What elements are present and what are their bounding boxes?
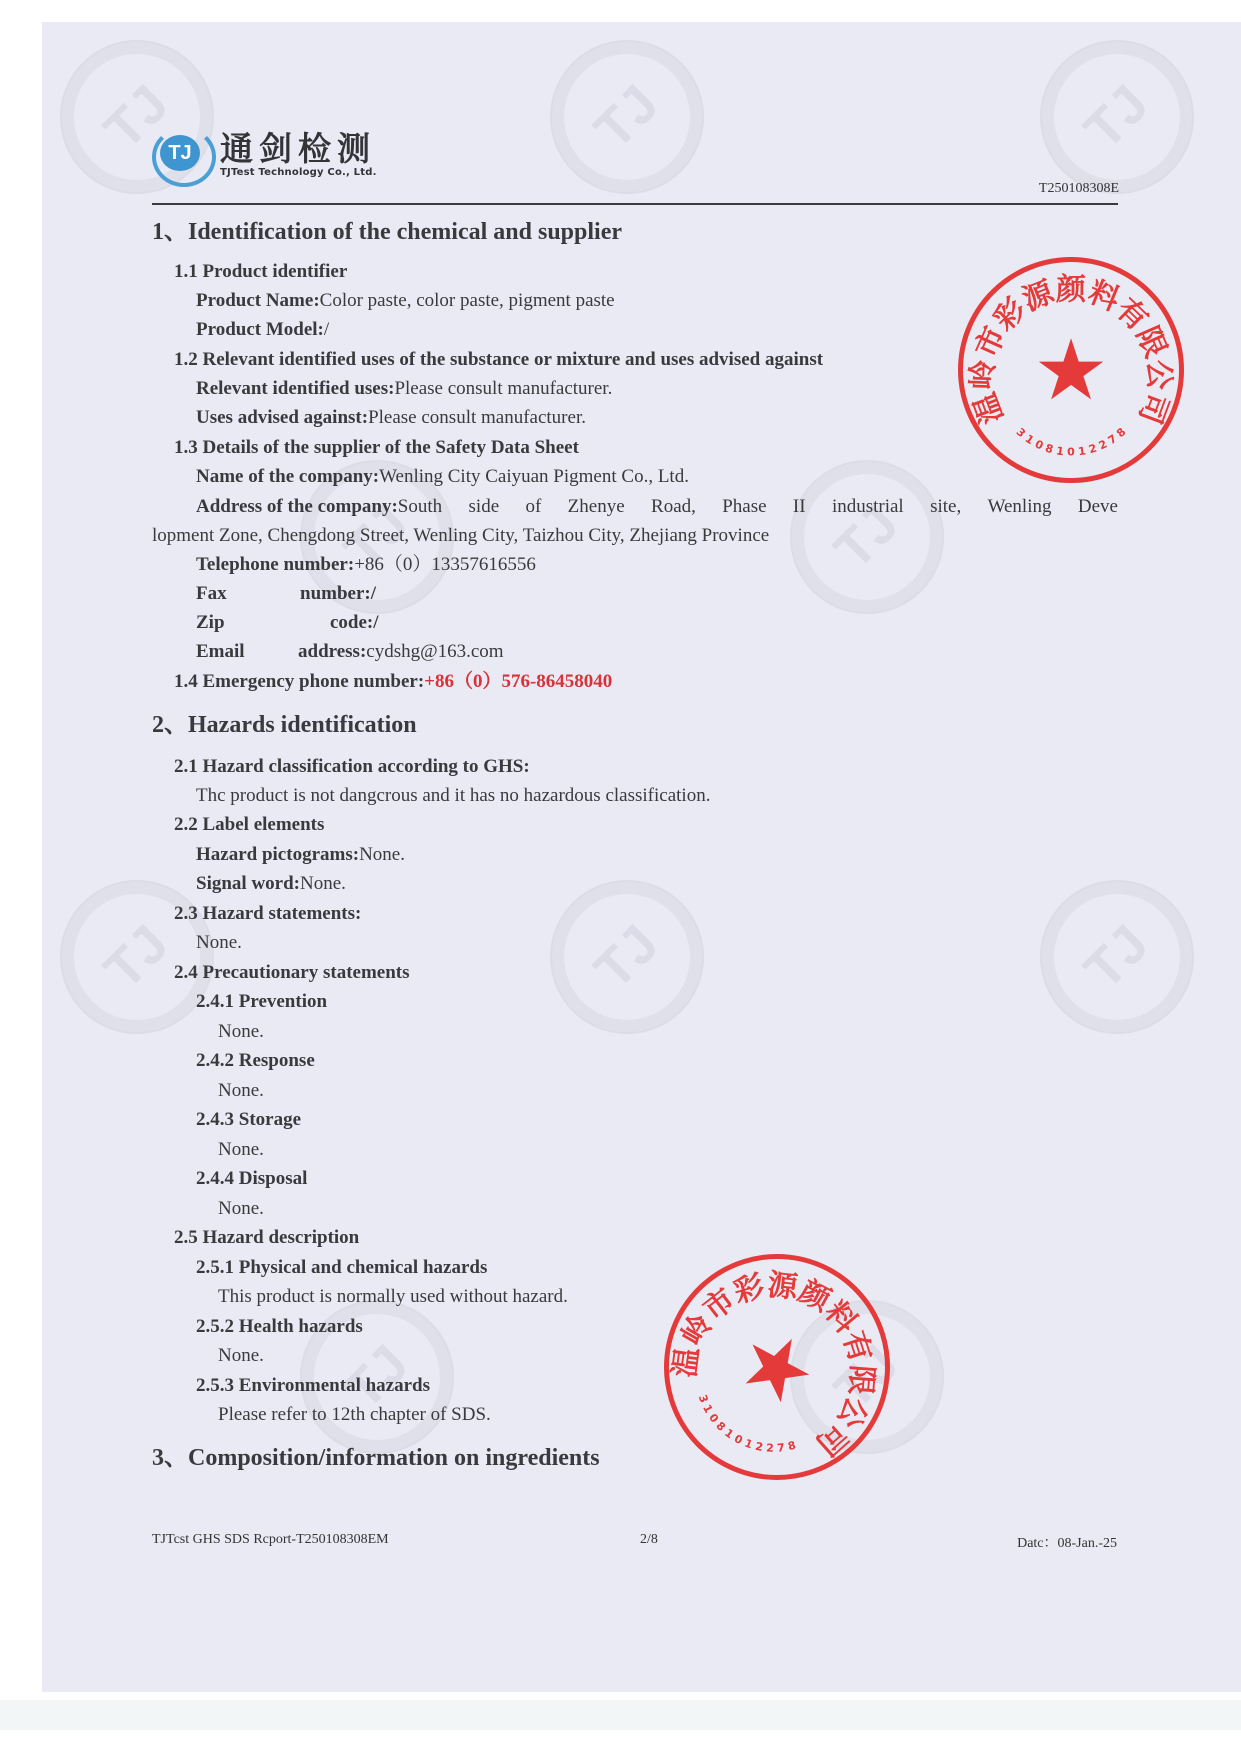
company-logo: TJ 通剑检测 TJTest Technology Co., Ltd. [150,125,377,183]
section-1-1-heading: 1.1 Product identifier [174,260,347,284]
section-2-4-1-heading: 2.4.1 Prevention [196,990,327,1014]
logo-chinese-name: 通剑检测 [220,131,377,167]
section-2-4-4-heading: 2.4.4 Disposal [196,1167,307,1191]
uses-advised-against-row: Uses advised against:Please consult manu… [196,406,586,430]
address-label: Address of the company:South [196,495,442,519]
tj-watermark-icon: TJ [550,880,704,1034]
emergency-phone-value: +86（0）576-86458040 [424,671,612,692]
prevention-text: None. [218,1020,264,1044]
star-icon: ★ [1033,328,1108,412]
section-3-heading: 3、Composition/information on ingredients [152,1446,600,1470]
section-2-4-3-heading: 2.4.3 Storage [196,1108,301,1132]
section-1-2-heading: 1.2 Relevant identified uses of the subs… [174,348,823,372]
email-row: Email address:cydshg@163.com [196,640,245,664]
section-2-2-heading: 2.2 Label elements [174,813,324,837]
company-name-row: Name of the company:Wenling City Caiyuan… [196,465,689,489]
ghs-classification-text: Thc product is not dangcrous and it has … [196,784,710,808]
footer-report-id: TJTcst GHS SDS Rcport-T250108308EM [152,1532,389,1548]
section-2-5-2-heading: 2.5.2 Health hazards [196,1315,363,1339]
laurel-logo-icon: TJ [150,125,214,183]
section-1-heading: 1、Identification of the chemical and sup… [152,220,622,244]
product-name-row: Product Name:Color paste, color paste, p… [196,289,615,313]
product-model-row: Product Model:/ [196,318,329,342]
section-2-4-2-heading: 2.4.2 Response [196,1049,315,1073]
disposal-text: None. [218,1197,264,1221]
email-value: cydshg@163.com [366,641,503,662]
product-name-value: Color paste, color paste, pigment paste [320,290,615,311]
relevant-uses-row: Relevant identified uses:Please consult … [196,377,612,401]
section-2-5-1-heading: 2.5.1 Physical and chemical hazards [196,1256,487,1280]
section-1-3-heading: 1.3 Details of the supplier of the Safet… [174,436,579,460]
section-2-5-3-heading: 2.5.3 Environmental hazards [196,1374,430,1398]
product-model-value: / [324,319,329,340]
footer-page-number: 2/8 [640,1532,658,1548]
hazard-pictograms-row: Hazard pictograms:None. [196,843,405,867]
footer-date: Datc：08-Jan.-25 [1017,1532,1117,1552]
section-2-1-heading: 2.1 Hazard classification according to G… [174,755,530,779]
response-text: None. [218,1079,264,1103]
telephone-row: Telephone number:+86（0）13357616556 [196,553,536,577]
tj-watermark-icon: TJ [1040,40,1194,194]
section-2-3-heading: 2.3 Hazard statements: [174,902,361,926]
zip-row: Zip code:/ [196,611,225,635]
signal-word-row: Signal word:None. [196,872,346,896]
hazard-statements-text: None. [196,931,242,955]
emergency-phone-row: 1.4 Emergency phone number:+86（0）576-864… [174,670,612,694]
section-2-4-heading: 2.4 Precautionary statements [174,961,410,985]
tj-watermark-icon: TJ [550,40,704,194]
scanner-bed-edge [0,1700,1241,1730]
section-2-5-heading: 2.5 Hazard description [174,1226,359,1250]
section-2-heading: 2、Hazards identification [152,713,417,737]
health-hazards-text: None. [218,1344,264,1368]
physical-hazards-text: This product is normally used without ha… [218,1285,568,1309]
company-address-row: Address of the company:SouthsideofZhenye… [196,495,1118,519]
logo-english-name: TJTest Technology Co., Ltd. [220,167,377,178]
telephone-value: +86（0）13357616556 [354,554,536,575]
company-address-continued: lopment Zone, Chengdong Street, Wenling … [152,524,769,548]
storage-text: None. [218,1138,264,1162]
report-number: T250108308E [1039,181,1119,197]
tj-watermark-icon: TJ [790,460,944,614]
environmental-hazards-text: Please refer to 12th chapter of SDS. [218,1403,491,1427]
header-divider [152,203,1118,205]
tj-watermark-icon: TJ [1040,880,1194,1034]
company-seal-stamp: 温岭市彩源颜料有限公司 3 3 1 0 8 1 0 1 2 2 7 8 3 ★ [958,257,1184,483]
fax-row: Fax number:/ [196,582,227,606]
company-name-value: Wenling City Caiyuan Pigment Co., Ltd. [379,466,689,487]
